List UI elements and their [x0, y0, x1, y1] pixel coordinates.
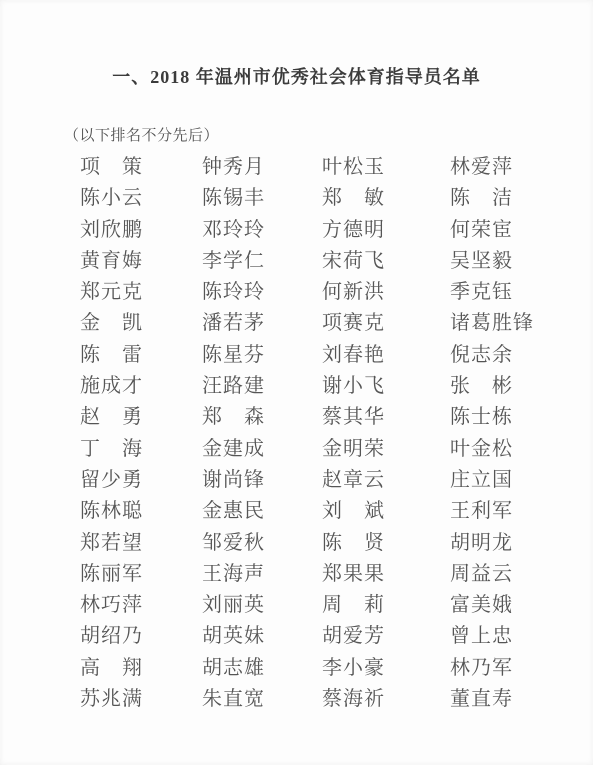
name-cell: 潘若茅: [202, 308, 322, 339]
name-cell: 金惠民: [202, 496, 322, 527]
name-cell: 庄立国: [450, 465, 558, 496]
name-cell: 林爱萍: [450, 152, 558, 183]
name-cell: 苏兆满: [80, 684, 202, 715]
name-cell: 陈小云: [80, 183, 202, 214]
name-cell: 胡志雄: [202, 653, 322, 684]
name-cell: 丁 海: [80, 434, 202, 465]
name-cell: 陈玲玲: [202, 277, 322, 308]
name-cell: 朱直宽: [202, 684, 322, 715]
name-cell: 邓玲玲: [202, 215, 322, 246]
name-cell: 董直寿: [450, 684, 558, 715]
name-cell: 叶松玉: [322, 152, 450, 183]
name-cell: 李学仁: [202, 246, 322, 277]
name-cell: 谢尚锋: [202, 465, 322, 496]
name-cell: 胡绍乃: [80, 621, 202, 652]
name-cell: 张 彬: [450, 371, 558, 402]
name-cell: 蔡其华: [322, 402, 450, 433]
name-cell: 刘春艳: [322, 340, 450, 371]
name-cell: 陈 洁: [450, 183, 558, 214]
roster-grid: 项 策钟秀月叶松玉林爱萍陈小云陈锡丰郑 敏陈 洁刘欣鹏邓玲玲方德明何荣宦黄育娒李…: [80, 152, 558, 715]
name-cell: 周益云: [450, 559, 558, 590]
name-cell: 诸葛胜锋: [450, 308, 558, 339]
name-cell: 刘 斌: [322, 496, 450, 527]
name-cell: 周 莉: [322, 590, 450, 621]
name-cell: 刘丽英: [202, 590, 322, 621]
name-cell: 王利军: [450, 496, 558, 527]
name-cell: 陈士栋: [450, 402, 558, 433]
name-cell: 胡英妹: [202, 621, 322, 652]
name-cell: 曾上忠: [450, 621, 558, 652]
name-cell: 蔡海祈: [322, 684, 450, 715]
name-cell: 方德明: [322, 215, 450, 246]
name-cell: 金明荣: [322, 434, 450, 465]
name-cell: 郑 森: [202, 402, 322, 433]
name-cell: 倪志余: [450, 340, 558, 371]
name-cell: 何新洪: [322, 277, 450, 308]
name-cell: 富美娥: [450, 590, 558, 621]
name-cell: 陈丽军: [80, 559, 202, 590]
name-cell: 李小豪: [322, 653, 450, 684]
name-cell: 陈锡丰: [202, 183, 322, 214]
name-cell: 施成才: [80, 371, 202, 402]
name-cell: 陈 贤: [322, 528, 450, 559]
name-cell: 留少勇: [80, 465, 202, 496]
name-cell: 项 策: [80, 152, 202, 183]
name-cell: 王海声: [202, 559, 322, 590]
name-cell: 郑果果: [322, 559, 450, 590]
name-cell: 陈林聪: [80, 496, 202, 527]
name-cell: 陈 雷: [80, 340, 202, 371]
name-cell: 汪路建: [202, 371, 322, 402]
document-page: 一、2018 年温州市优秀社会体育指导员名单 （以下排名不分先后） 项 策钟秀月…: [0, 0, 593, 765]
name-cell: 吴坚毅: [450, 246, 558, 277]
name-cell: 刘欣鹏: [80, 215, 202, 246]
name-cell: 金 凯: [80, 308, 202, 339]
name-cell: 赵章云: [322, 465, 450, 496]
name-cell: 钟秀月: [202, 152, 322, 183]
name-cell: 黄育娒: [80, 246, 202, 277]
name-cell: 胡明龙: [450, 528, 558, 559]
name-cell: 陈星芬: [202, 340, 322, 371]
name-cell: 项赛克: [322, 308, 450, 339]
name-cell: 郑若望: [80, 528, 202, 559]
ranking-disclaimer-note: （以下排名不分先后）: [64, 124, 219, 145]
name-cell: 郑 敏: [322, 183, 450, 214]
page-title: 一、2018 年温州市优秀社会体育指导员名单: [0, 63, 593, 89]
name-cell: 谢小飞: [322, 371, 450, 402]
name-cell: 郑元克: [80, 277, 202, 308]
name-cell: 邹爱秋: [202, 528, 322, 559]
name-cell: 季克钰: [450, 277, 558, 308]
name-cell: 胡爱芳: [322, 621, 450, 652]
name-cell: 叶金松: [450, 434, 558, 465]
name-cell: 宋荷飞: [322, 246, 450, 277]
name-cell: 何荣宦: [450, 215, 558, 246]
name-cell: 林乃军: [450, 653, 558, 684]
name-cell: 金建成: [202, 434, 322, 465]
name-cell: 赵 勇: [80, 402, 202, 433]
name-cell: 林巧萍: [80, 590, 202, 621]
name-cell: 高 翔: [80, 653, 202, 684]
